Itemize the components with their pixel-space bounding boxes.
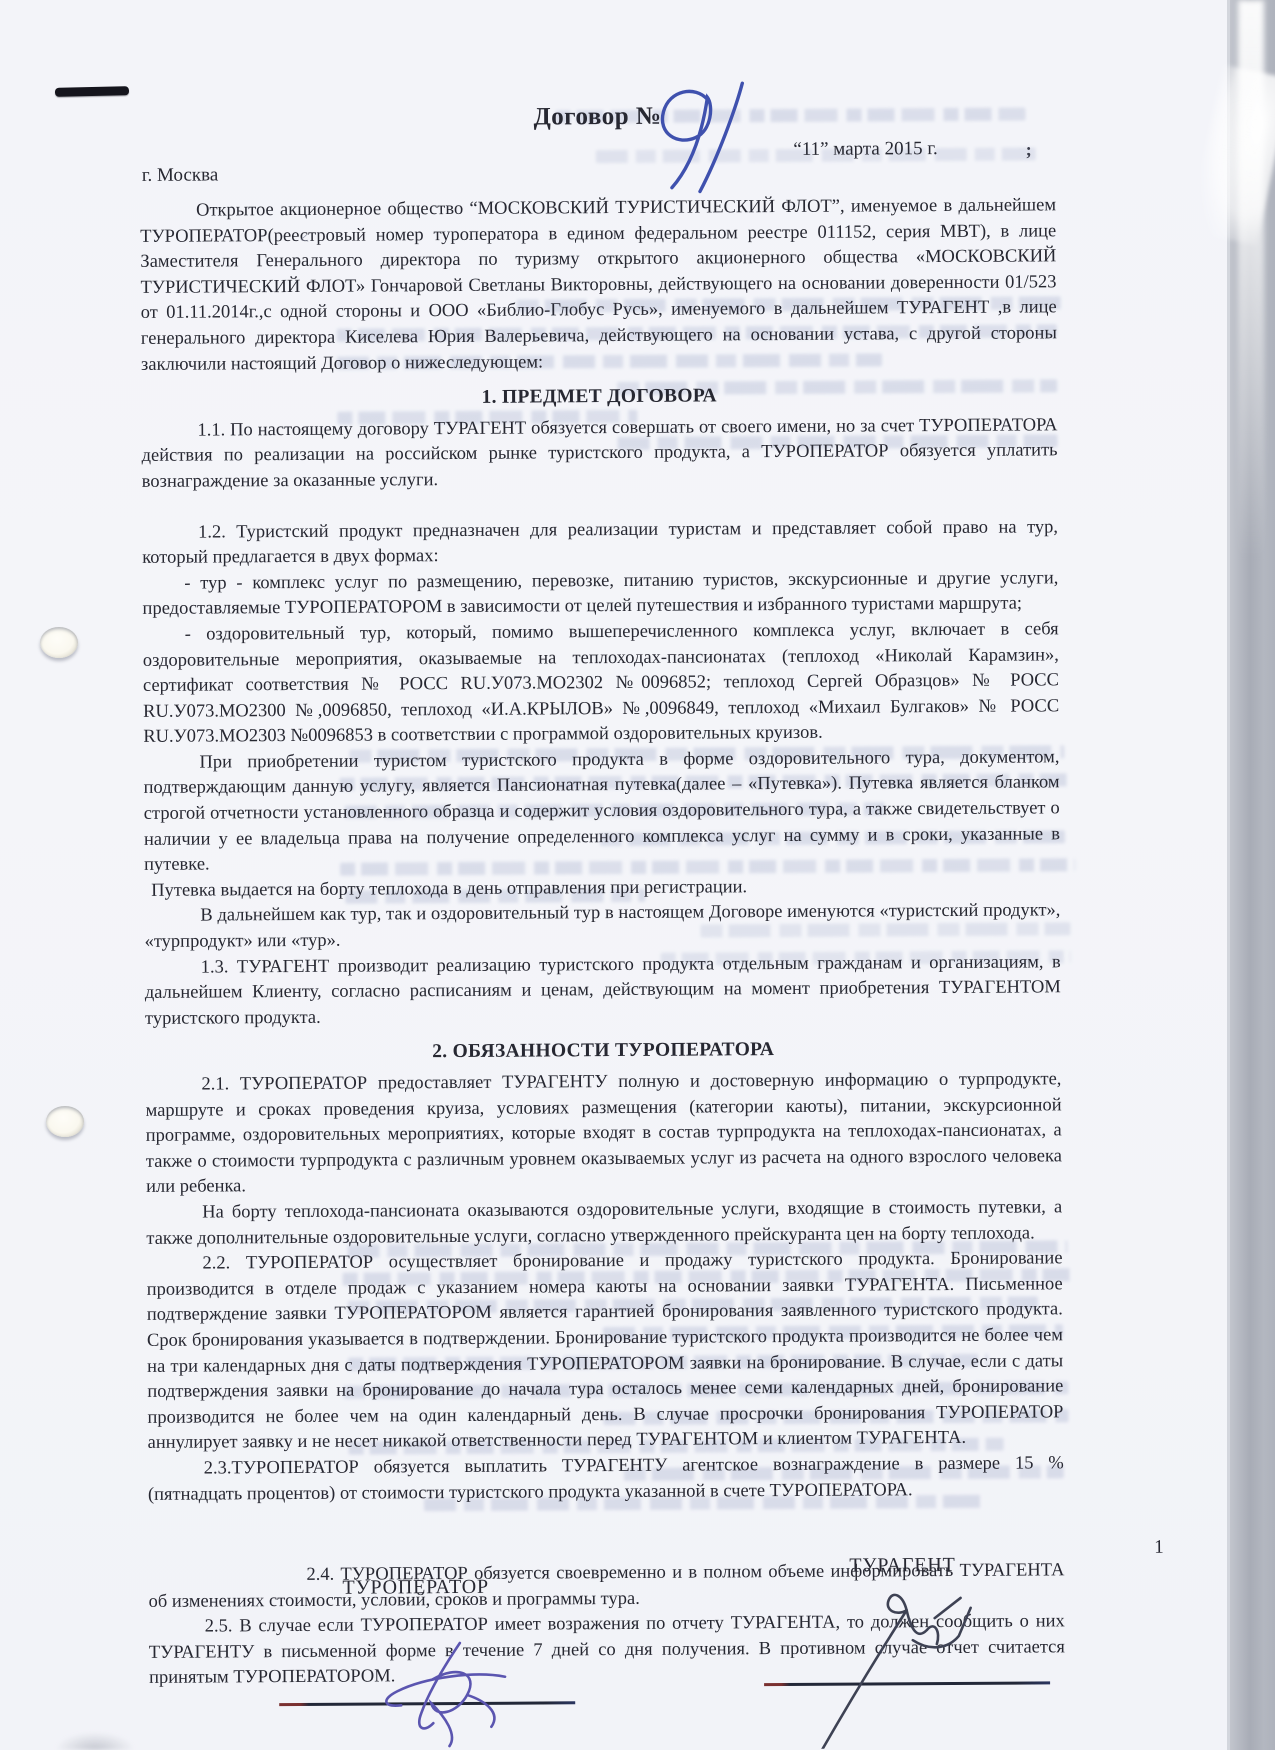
clause-1-2: 1.2. Туристский продукт предназначен для… [142,515,1058,572]
intro-paragraph: Открытое акционерное общество “МОСКОВСКИ… [140,193,1057,378]
clause-2-2: 2.2. ТУРОПЕРАТОР осуществляет бронирован… [146,1246,1063,1456]
document-title: Договор № [533,103,661,131]
clause-1-2-tour: - тур - комплекс услуг по размещению, пе… [142,566,1058,623]
clause-1-1: 1.1. По настоящему договору ТУРАГЕНТ обя… [141,413,1057,495]
header-meta: “11” марта 2015 г. ; г. Москва < [140,135,1056,199]
clause-1-2-health-tour: - оздоровительный тур, который, помимо в… [143,617,1060,751]
clause-1-3: 1.3. ТУРАГЕНТ производит реализацию тури… [145,950,1061,1032]
title-row: Договор № [139,101,1055,141]
clause-2-5: 2.5. В случае если ТУРОПЕРАТОР имеет воз… [149,1610,1065,1692]
clause-2-1-services: На борту теплохода-пансионата оказываютс… [146,1195,1062,1252]
stray-ink-mark: ; [1026,137,1032,163]
clause-1-2-voucher: При приобретении туристом туристского пр… [143,745,1060,879]
contract-city: г. Москва [142,162,219,188]
tour-operator-signature-line [279,1701,575,1706]
scanned-contract-page: Договор № “11” марта 2015 г. ; г. Москва… [0,0,1275,1750]
clause-1-2-naming: В дальнейшем как тур, так и оздоровитель… [144,899,1060,956]
clause-2-3: 2.3.ТУРОПЕРАТОР обязуется выплатить ТУРА… [148,1451,1064,1508]
section-1-heading: 1. ПРЕДМЕТ ДОГОВОРА [141,381,1057,412]
section-2-heading: 2. ОБЯЗАННОСТИ ТУРОПЕРАТОРА [145,1036,1061,1067]
contract-body: Договор № “11” марта 2015 г. ; г. Москва… [139,101,1065,1692]
page-tilt-wrapper: Договор № “11” марта 2015 г. ; г. Москва… [0,0,1275,1750]
page-number: 1 [1154,1537,1164,1559]
tour-operator-label: ТУРОПЕРАТОР [342,1576,489,1600]
tour-agent-label: ТУРАГЕНТ [849,1554,955,1578]
clause-2-1: 2.1. ТУРОПЕРАТОР предоставляет ТУРАГЕНТУ… [145,1067,1062,1201]
contract-date: “11” марта 2015 г. [793,136,938,162]
